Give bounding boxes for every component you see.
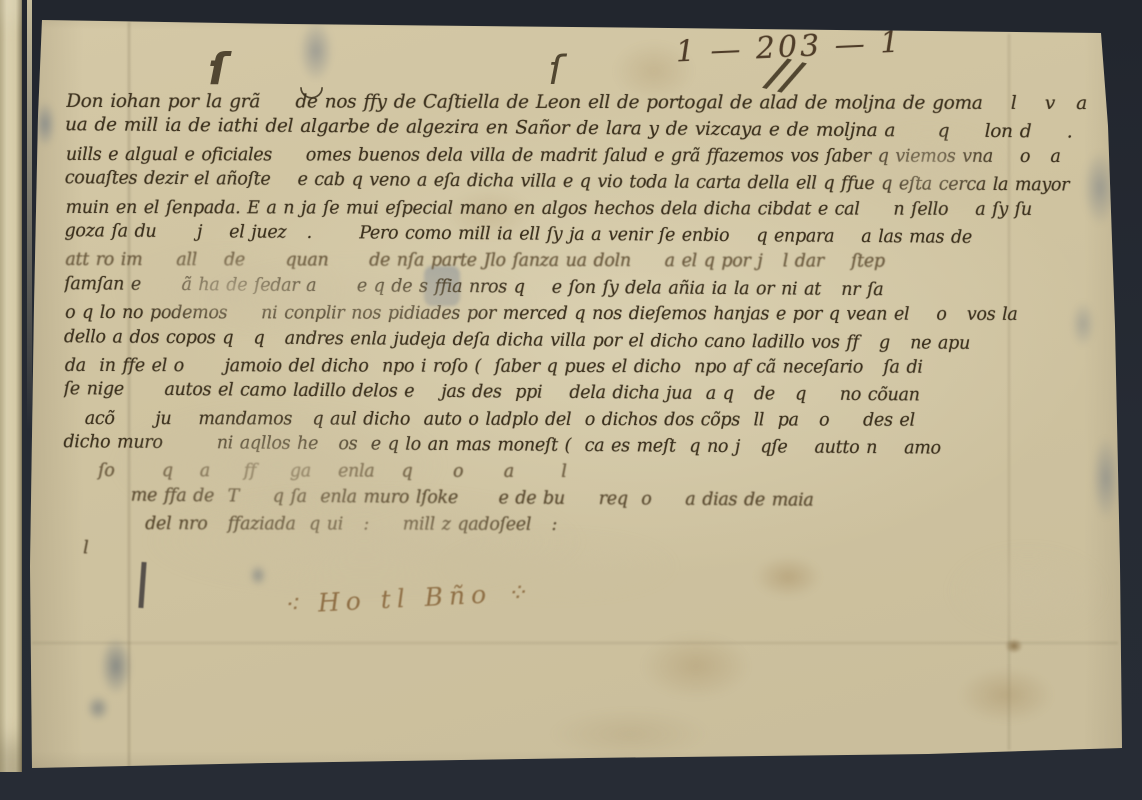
stain-gray-left-upper	[30, 92, 60, 156]
photograph-backdrop: 1 — 203 — 1 ſ ◡ ſ // Don iohan por la gr…	[0, 0, 1142, 800]
ink-flourish-3: ſ	[548, 48, 562, 94]
faded-area-center	[158, 250, 578, 350]
faded-area-right-upper	[828, 116, 1028, 216]
book-page-edge	[0, 0, 22, 772]
stain-brown-lower-3	[940, 656, 1072, 734]
faded-area-bottom-center	[408, 526, 708, 606]
stain-gray-bottom-left-2	[82, 690, 114, 726]
fold-crease-horizontal	[32, 642, 1118, 644]
book-page-edge-inner	[27, 0, 32, 430]
stain-brown-bottom-faint	[518, 698, 742, 770]
manuscript-sheet: 1 — 203 — 1 ſ ◡ ſ // Don iohan por la gr…	[28, 6, 1128, 782]
archival-number: 1 — 203 — 1	[675, 21, 997, 85]
faded-area-bottom-right	[928, 536, 1128, 646]
